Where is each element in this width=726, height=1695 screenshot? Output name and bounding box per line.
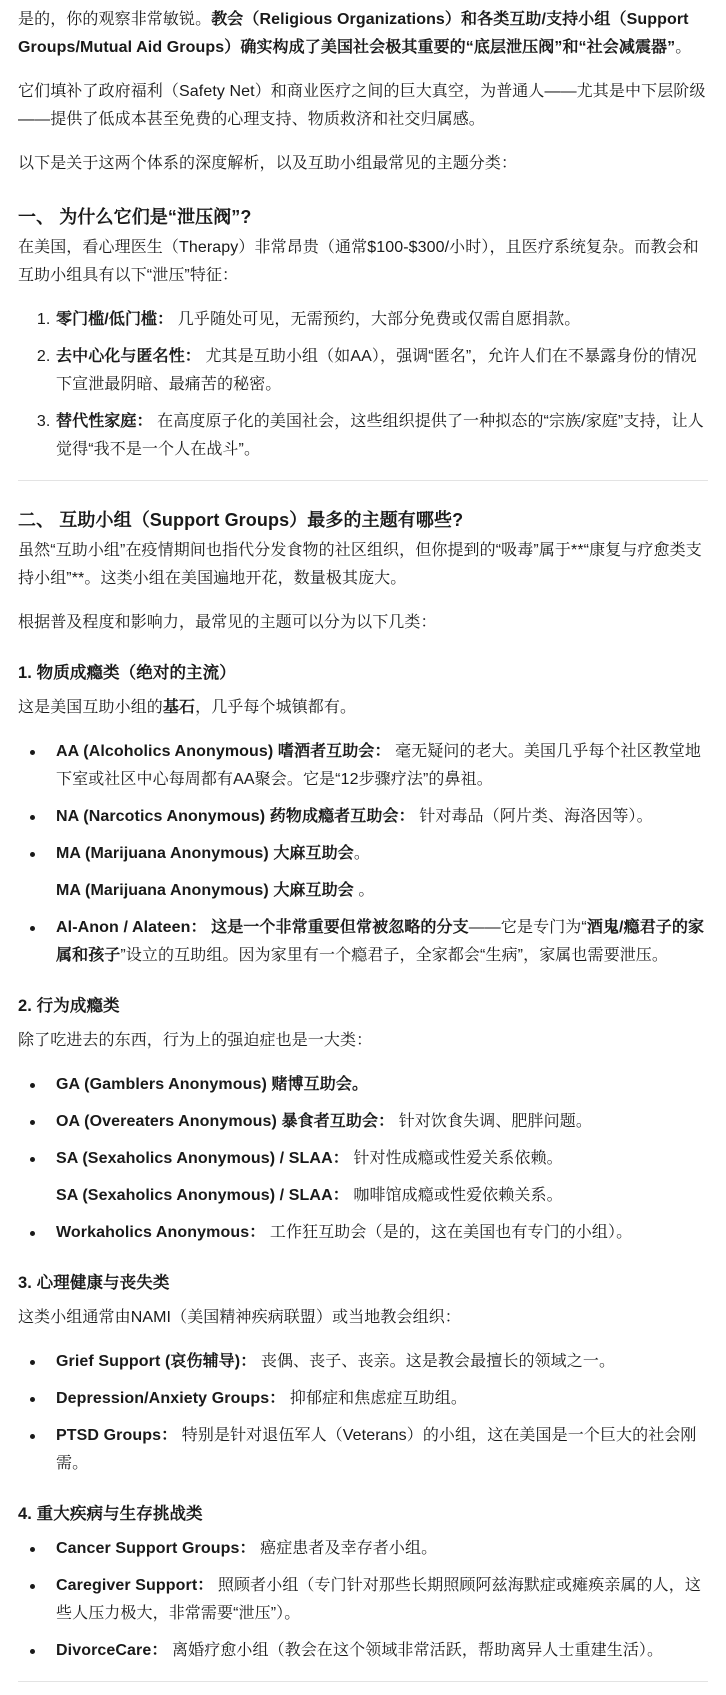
list-item-paragraph: OA (Overeaters Anonymous) 暴食者互助会： 针对饮食失调… (56, 1108, 708, 1136)
list-item: Workaholics Anonymous： 工作狂互助会（是的，这在美国也有专… (55, 1219, 708, 1247)
bold-text-run: PTSD Groups： (56, 1427, 177, 1444)
bold-text-run: MA (Marijuana Anonymous) 大麻互助会 (56, 845, 354, 862)
paragraph: 除了吃进去的东西，行为上的强迫症也是一大类： (18, 1027, 708, 1055)
text-run: ”设立的互助组。因为家里有一个瘾君子，全家都会“生病”，家属也需要泄压。 (120, 947, 668, 964)
list-item-paragraph: SA (Sexaholics Anonymous) / SLAA： 针对性成瘾或… (56, 1145, 708, 1173)
section-divider (18, 1681, 708, 1682)
bold-text-run: NA (Narcotics Anonymous) 药物成瘾者互助会： (56, 808, 415, 825)
bold-text-run: SA (Sexaholics Anonymous) / SLAA： (56, 1187, 349, 1204)
list-item-paragraph: Grief Support (哀伤辅导)： 丧偶、丧子、丧亲。这是教会最擅长的领… (56, 1348, 708, 1376)
section-heading: 一、 为什么它们是“泄压阀”? (18, 204, 708, 230)
text-run: 离婚疗愈小组（教会在这个领域非常活跃，帮助离异人士重建生活）。 (167, 1642, 663, 1659)
text-run: 针对性成瘾或性爱关系依赖。 (349, 1150, 563, 1167)
list-item: Al-Anon / Alateen： 这是一个非常重要但常被忽略的分支——它是专… (55, 914, 708, 970)
text-run: 丧偶、丧子、丧亲。这是教会最擅长的领域之一。 (256, 1353, 615, 1370)
text-run: 虽然“互助小组”在疫情期间也指代分发食物的社区组织，但你提到的“吸毒”属于**“… (18, 542, 702, 587)
list-item: PTSD Groups： 特别是针对退伍军人（Veterans）的小组，这在美国… (55, 1422, 708, 1478)
section-heading: 二、 互助小组（Support Groups）最多的主题有哪些? (18, 507, 708, 533)
message-content: 是的，你的观察非常敏锐。教会（Religious Organizations）和… (18, 6, 708, 1682)
paragraph: 这是美国互助小组的基石，几乎每个城镇都有。 (18, 694, 708, 722)
bullet-list: GA (Gamblers Anonymous) 赌博互助会。OA (Overea… (18, 1071, 708, 1247)
subsection-heading: 4. 重大疾病与生存挑战类 (18, 1502, 708, 1526)
bold-text-run: Cancer Support Groups： (56, 1540, 256, 1557)
bold-text-run: 4. 重大疾病与生存挑战类 (18, 1505, 203, 1523)
text-run: 在美国，看心理医生（Therapy）非常昂贵（通常$100-$300/小时），且… (18, 239, 699, 284)
bold-text-run: 1. 物质成瘾类（绝对的主流） (18, 664, 236, 682)
text-run: 癌症患者及幸存者小组。 (256, 1540, 438, 1557)
bold-text-run: Depression/Anxiety Groups： (56, 1390, 285, 1407)
text-run: 几乎随处可见，无需预约，大部分免费或仅需自愿捐款。 (173, 311, 580, 328)
list-item: 零门槛/低门槛： 几乎随处可见，无需预约，大部分免费或仅需自愿捐款。 (55, 306, 708, 334)
bold-text-run: Al-Anon / Alateen： (56, 919, 207, 936)
chat-response-message: 是的，你的观察非常敏锐。教会（Religious Organizations）和… (0, 0, 726, 1695)
list-item: SA (Sexaholics Anonymous) / SLAA： 针对性成瘾或… (55, 1145, 708, 1210)
bold-text-run: 二、 互助小组（Support Groups）最多的主题有哪些? (18, 510, 463, 530)
list-item: 替代性家庭： 在高度原子化的美国社会，这些组织提供了一种拟态的“宗族/家庭”支持… (55, 408, 708, 464)
bold-text-run: SA (Sexaholics Anonymous) / SLAA： (56, 1150, 349, 1167)
text-run: 以下是关于这两个体系的深度解析，以及互助小组最常见的主题分类： (18, 155, 517, 172)
section-divider (18, 480, 708, 481)
bold-text-run: 这是一个非常重要但常被忽略的分支 (211, 919, 469, 936)
bold-text-run: 零门槛/低门槛： (56, 311, 173, 328)
list-item-paragraph: 去中心化与匿名性： 尤其是互助小组（如AA），强调“匿名”，允许人们在不暴露身份… (56, 343, 708, 399)
bold-text-run: 2. 行为成瘾类 (18, 997, 120, 1015)
list-item-paragraph: SA (Sexaholics Anonymous) / SLAA： 咖啡馆成瘾或… (56, 1182, 708, 1210)
list-item-paragraph: DivorceCare： 离婚疗愈小组（教会在这个领域非常活跃，帮助离异人士重建… (56, 1637, 708, 1665)
bold-text-run: AA (Alcoholics Anonymous) 嗜酒者互助会： (56, 743, 391, 760)
paragraph: 这类小组通常由NAMI（美国精神疾病联盟）或当地教会组织： (18, 1304, 708, 1332)
list-item: Grief Support (哀伤辅导)： 丧偶、丧子、丧亲。这是教会最擅长的领… (55, 1348, 708, 1376)
list-item: OA (Overeaters Anonymous) 暴食者互助会： 针对饮食失调… (55, 1108, 708, 1136)
text-run: 针对饮食失调、肥胖问题。 (394, 1113, 592, 1130)
list-item-paragraph: Workaholics Anonymous： 工作狂互助会（是的，这在美国也有专… (56, 1219, 708, 1247)
paragraph: 以下是关于这两个体系的深度解析，以及互助小组最常见的主题分类： (18, 150, 708, 178)
subsection-heading: 2. 行为成瘾类 (18, 994, 708, 1018)
bold-text-run: OA (Overeaters Anonymous) 暴食者互助会： (56, 1113, 394, 1130)
text-run: 工作狂互助会（是的，这在美国也有专门的小组）。 (265, 1224, 632, 1241)
list-item: Cancer Support Groups： 癌症患者及幸存者小组。 (55, 1535, 708, 1563)
list-item-paragraph: NA (Narcotics Anonymous) 药物成瘾者互助会： 针对毒品（… (56, 803, 708, 831)
list-item-paragraph: Al-Anon / Alateen： 这是一个非常重要但常被忽略的分支——它是专… (56, 914, 708, 970)
bold-text-run: Workaholics Anonymous： (56, 1224, 265, 1241)
subsection-heading: 3. 心理健康与丧失类 (18, 1271, 708, 1295)
list-item-paragraph: 替代性家庭： 在高度原子化的美国社会，这些组织提供了一种拟态的“宗族/家庭”支持… (56, 408, 708, 464)
text-run: 这类小组通常由NAMI（美国精神疾病联盟）或当地教会组织： (18, 1309, 461, 1326)
list-item-paragraph: GA (Gamblers Anonymous) 赌博互助会。 (56, 1071, 708, 1099)
text-run: 除了吃进去的东西，行为上的强迫症也是一大类： (18, 1032, 372, 1049)
list-item-paragraph: PTSD Groups： 特别是针对退伍军人（Veterans）的小组，这在美国… (56, 1422, 708, 1478)
list-item: MA (Marijuana Anonymous) 大麻互助会。MA (Marij… (55, 840, 708, 905)
bold-text-run: 基石 (163, 699, 195, 716)
list-item-paragraph: 零门槛/低门槛： 几乎随处可见，无需预约，大部分免费或仅需自愿捐款。 (56, 306, 708, 334)
bullet-list: AA (Alcoholics Anonymous) 嗜酒者互助会： 毫无疑问的老… (18, 738, 708, 970)
bold-text-run: 替代性家庭： (56, 413, 153, 430)
list-item-paragraph: Cancer Support Groups： 癌症患者及幸存者小组。 (56, 1535, 708, 1563)
text-run: 它们填补了政府福利（Safety Net）和商业医疗之间的巨大真空，为普通人——… (18, 83, 706, 128)
text-run: 是的，你的观察非常敏锐。 (18, 11, 211, 28)
text-run: 针对毒品（阿片类、海洛因等）。 (415, 808, 653, 825)
subsection-heading: 1. 物质成瘾类（绝对的主流） (18, 661, 708, 685)
text-run: 咖啡馆成瘾或性爱依赖关系。 (349, 1187, 563, 1204)
text-run: 根据普及程度和影响力，最常见的主题可以分为以下几类： (18, 614, 437, 631)
bold-text-run: 去中心化与匿名性： (56, 348, 201, 365)
bold-text-run: 3. 心理健康与丧失类 (18, 1274, 169, 1292)
bold-text-run: 一、 为什么它们是“泄压阀”? (18, 207, 252, 227)
text-run: ——它是专门为“ (469, 919, 587, 936)
paragraph: 虽然“互助小组”在疫情期间也指代分发食物的社区组织，但你提到的“吸毒”属于**“… (18, 537, 708, 593)
list-item-paragraph: MA (Marijuana Anonymous) 大麻互助会 。 (56, 877, 708, 905)
list-item: 去中心化与匿名性： 尤其是互助小组（如AA），强调“匿名”，允许人们在不暴露身份… (55, 343, 708, 399)
text-run: 。 (354, 845, 370, 862)
list-item: Depression/Anxiety Groups： 抑郁症和焦虑症互助组。 (55, 1385, 708, 1413)
bullet-list: Cancer Support Groups： 癌症患者及幸存者小组。Caregi… (18, 1535, 708, 1665)
text-run: 。 (354, 882, 375, 899)
list-item: Caregiver Support： 照顾者小组（专门针对那些长期照顾阿兹海默症… (55, 1572, 708, 1628)
text-run: ，几乎每个城镇都有。 (195, 699, 356, 716)
numbered-list: 零门槛/低门槛： 几乎随处可见，无需预约，大部分免费或仅需自愿捐款。去中心化与匿… (18, 306, 708, 464)
bold-text-run: GA (Gamblers Anonymous) 赌博互助会。 (56, 1076, 368, 1093)
bullet-list: Grief Support (哀伤辅导)： 丧偶、丧子、丧亲。这是教会最擅长的领… (18, 1348, 708, 1478)
text-run: 。 (675, 39, 691, 56)
text-run: 这是美国互助小组的 (18, 699, 163, 716)
list-item-paragraph: MA (Marijuana Anonymous) 大麻互助会。 (56, 840, 708, 868)
list-item-paragraph: Caregiver Support： 照顾者小组（专门针对那些长期照顾阿兹海默症… (56, 1572, 708, 1628)
paragraph: 它们填补了政府福利（Safety Net）和商业医疗之间的巨大真空，为普通人——… (18, 78, 708, 134)
list-item: NA (Narcotics Anonymous) 药物成瘾者互助会： 针对毒品（… (55, 803, 708, 831)
list-item: AA (Alcoholics Anonymous) 嗜酒者互助会： 毫无疑问的老… (55, 738, 708, 794)
paragraph: 根据普及程度和影响力，最常见的主题可以分为以下几类： (18, 609, 708, 637)
text-run: 抑郁症和焦虑症互助组。 (285, 1390, 467, 1407)
list-item: DivorceCare： 离婚疗愈小组（教会在这个领域非常活跃，帮助离异人士重建… (55, 1637, 708, 1665)
list-item-paragraph: Depression/Anxiety Groups： 抑郁症和焦虑症互助组。 (56, 1385, 708, 1413)
list-item: GA (Gamblers Anonymous) 赌博互助会。 (55, 1071, 708, 1099)
bold-text-run: MA (Marijuana Anonymous) 大麻互助会 (56, 882, 354, 899)
paragraph: 是的，你的观察非常敏锐。教会（Religious Organizations）和… (18, 6, 708, 62)
bold-text-run: Caregiver Support： (56, 1577, 213, 1594)
bold-text-run: DivorceCare： (56, 1642, 167, 1659)
bold-text-run: Grief Support (哀伤辅导)： (56, 1353, 256, 1370)
paragraph: 在美国，看心理医生（Therapy）非常昂贵（通常$100-$300/小时），且… (18, 234, 708, 290)
text-run: 在高度原子化的美国社会，这些组织提供了一种拟态的“宗族/家庭”支持，让人觉得“我… (56, 413, 704, 458)
list-item-paragraph: AA (Alcoholics Anonymous) 嗜酒者互助会： 毫无疑问的老… (56, 738, 708, 794)
